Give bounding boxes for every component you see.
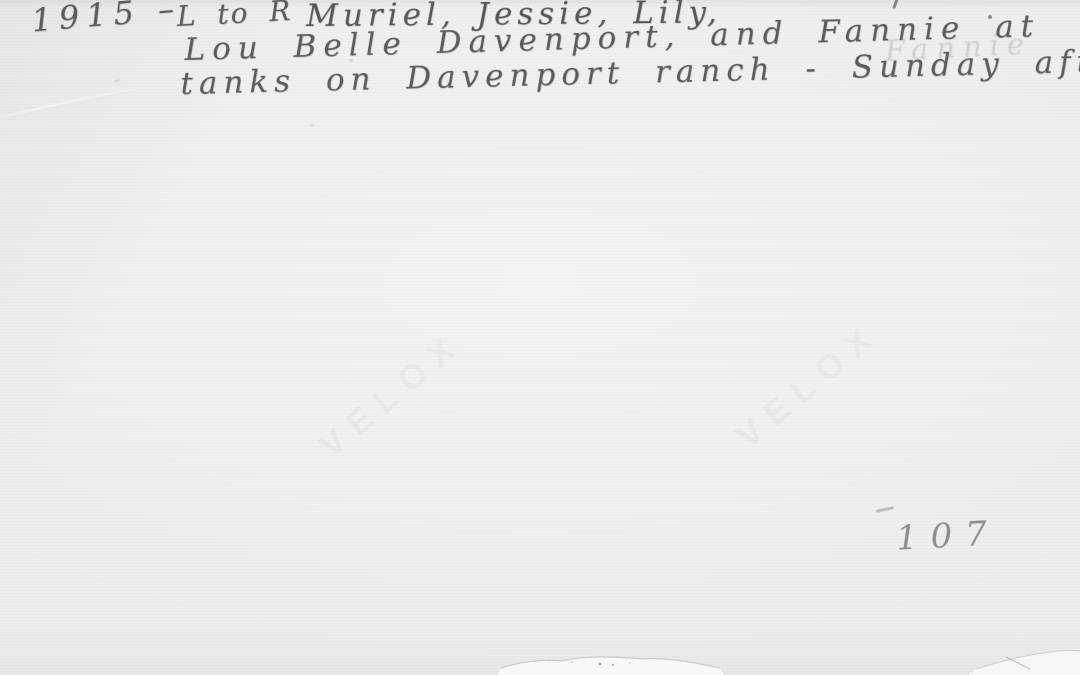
torn-chip-right [968,651,1080,675]
pencil-dash-mark [876,506,894,513]
torn-bottom-edge [0,635,1080,675]
paper-speck [349,59,353,62]
paper-speck [114,79,120,83]
tear-speck [599,663,602,666]
catalog-number: 107 [895,513,1001,558]
pencil-stroke-top-edge [892,0,899,9]
paper-texture [0,0,1080,675]
tear-speck [571,661,573,663]
paper-watermark-right: VELOX [729,314,888,457]
tear-speck [612,664,614,666]
paper-watermark-left: VELOX [312,324,471,467]
handwritten-year: 1915 – [30,0,182,40]
paper-speck [310,124,314,127]
tear-speck [629,662,631,664]
paper-crease [0,86,139,122]
photo-back-scan: VELOX VELOX 1915 – L to R Muriel, Jessie… [0,0,1080,675]
torn-chip-center [498,657,724,675]
tear-speck [548,660,550,662]
handwritten-direction: L to R [176,0,293,33]
pencil-dot [988,15,992,19]
